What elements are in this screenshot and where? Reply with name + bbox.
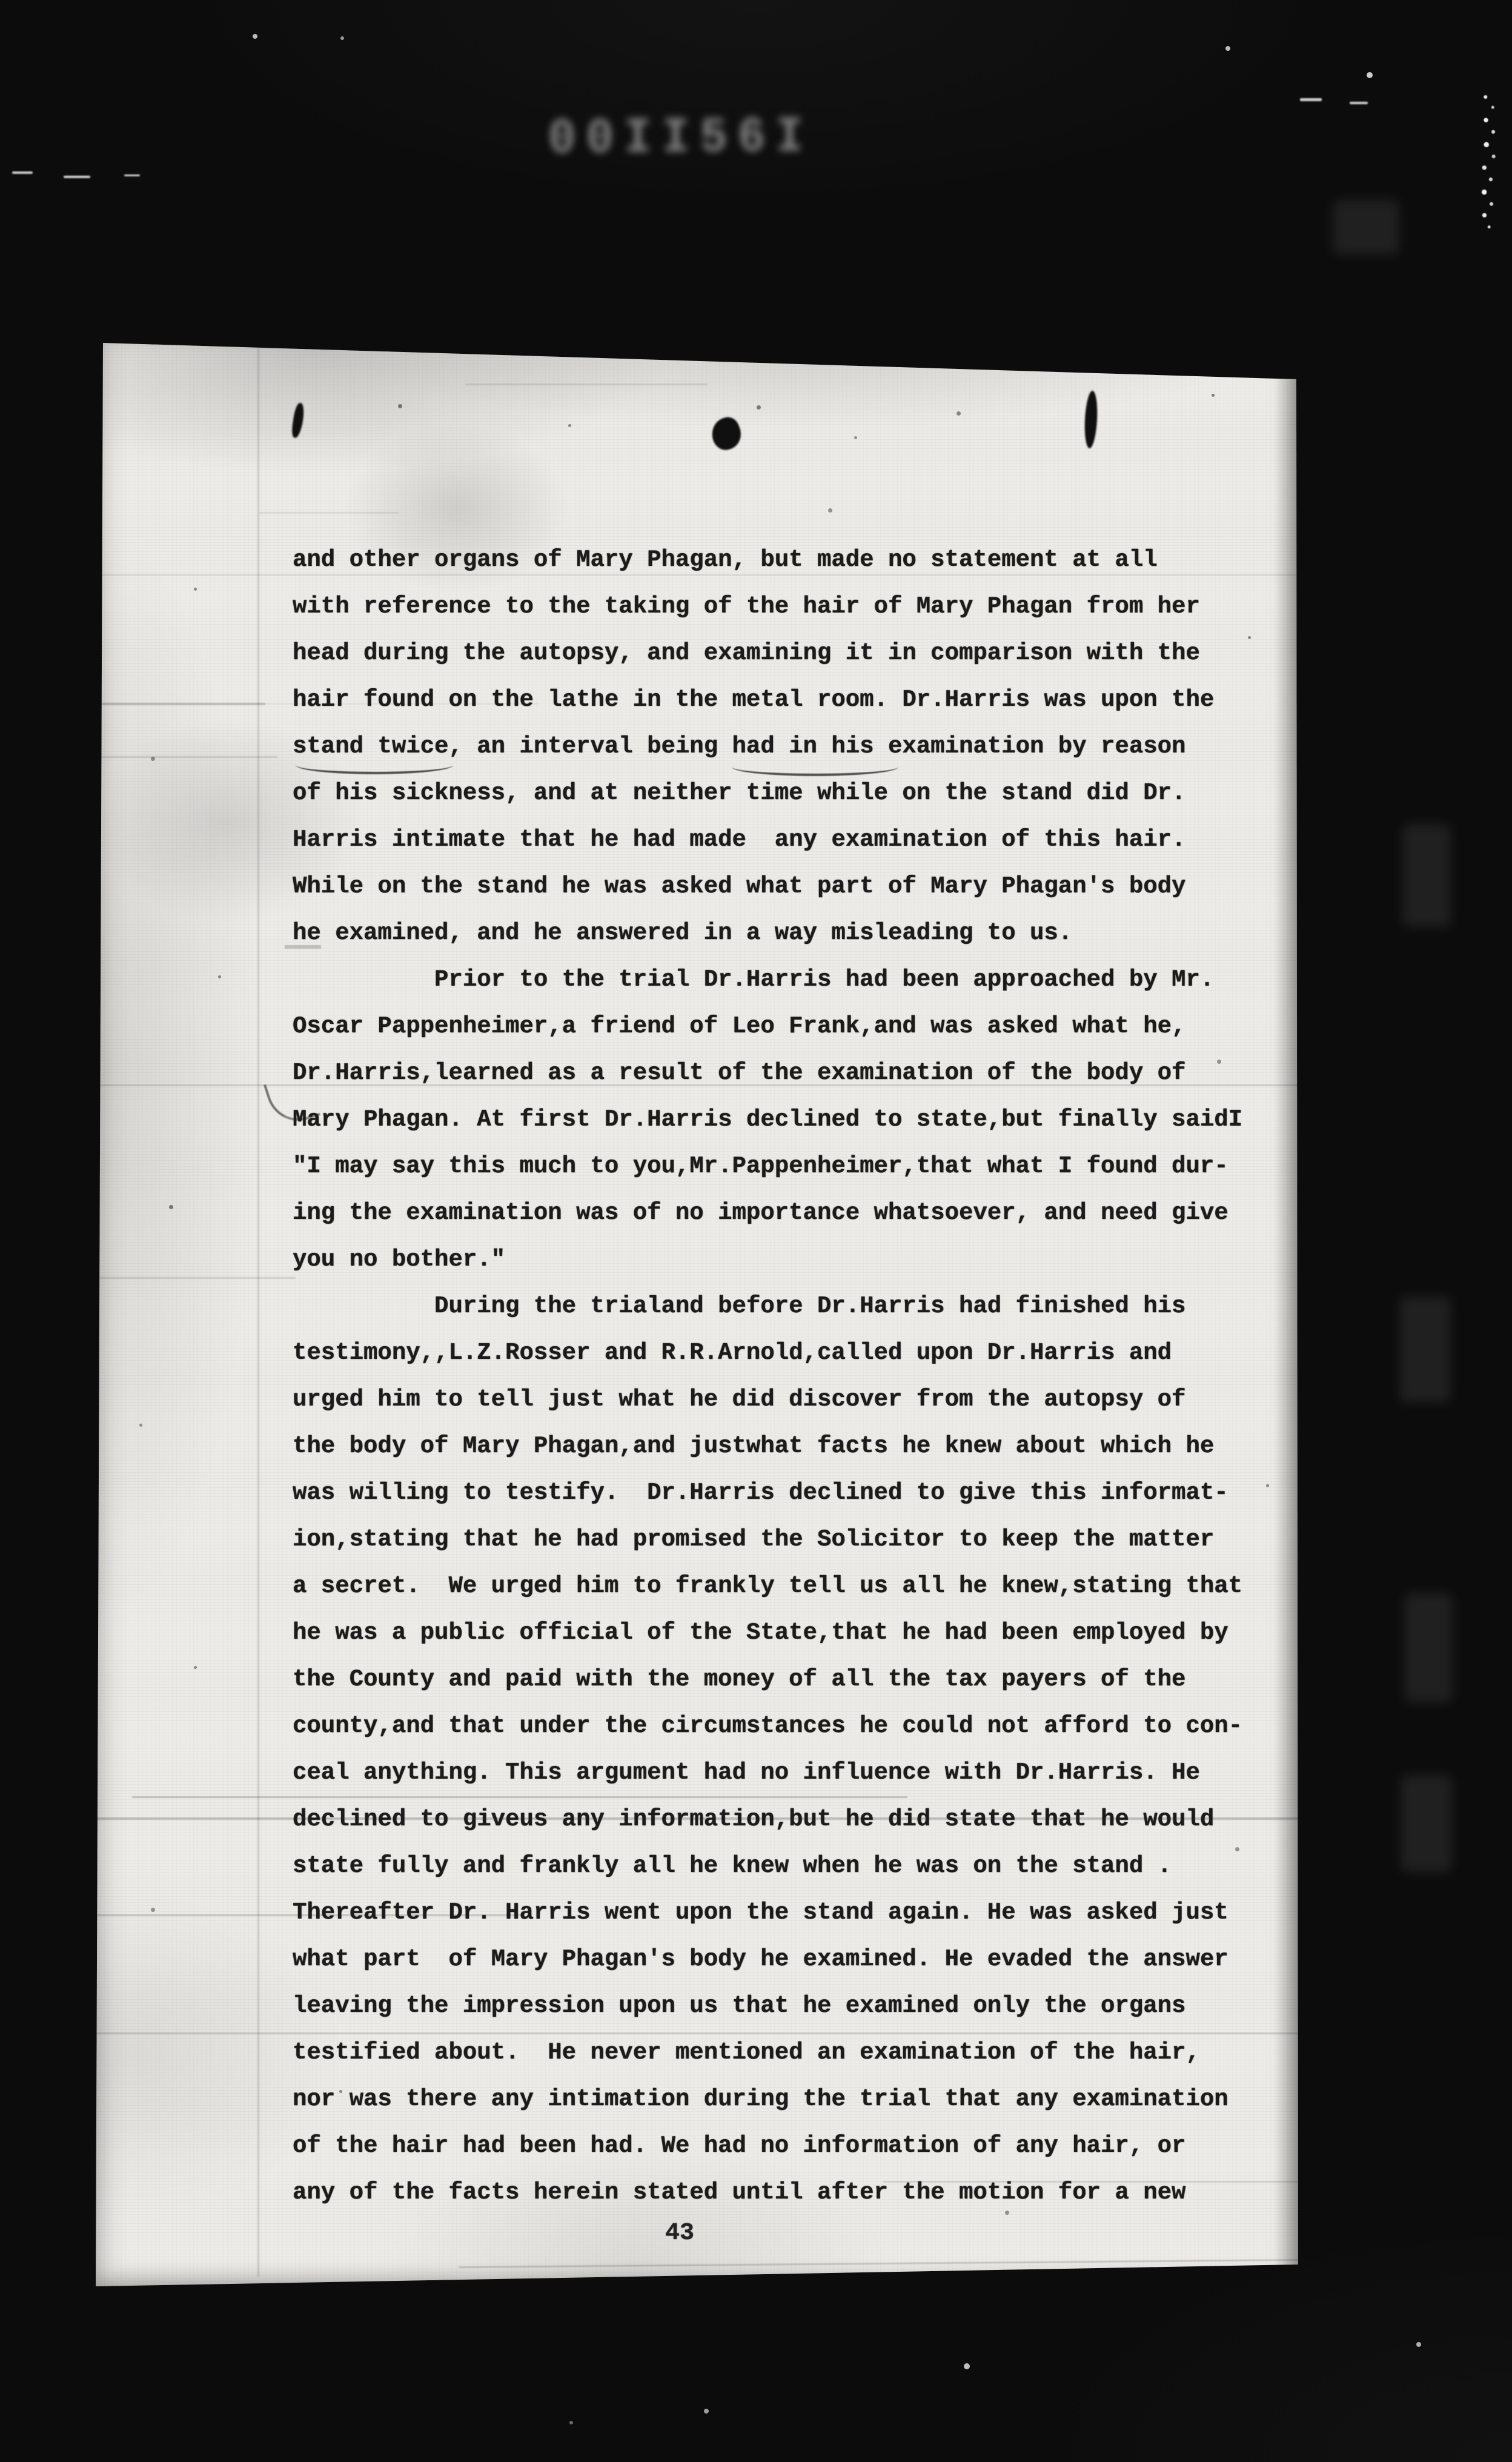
film-dust-specks	[0, 0, 4, 4]
film-frame-stamp: 00II56I	[548, 108, 864, 190]
film-edge-scratch-strip	[1473, 88, 1504, 233]
paper-specks	[96, 332, 99, 335]
film-scratch-dash	[12, 171, 33, 174]
document-page: and other organs of Mary Phagan, but mad…	[96, 332, 1298, 2288]
bleedthrough-smudge	[1402, 824, 1451, 927]
scratch-line	[259, 512, 399, 514]
page-number: 43	[665, 2210, 694, 2257]
paper-fold-line	[257, 338, 259, 2277]
bleedthrough-smudge	[1333, 200, 1399, 254]
scratch-line	[96, 1277, 296, 1279]
bleedthrough-smudge	[1399, 1296, 1451, 1402]
bleedthrough-smudge	[1404, 1593, 1453, 1702]
film-scratch-dash	[1300, 98, 1322, 101]
film-scratch-dash	[1350, 102, 1368, 104]
scratch-line	[96, 703, 265, 705]
scratch-line	[96, 756, 277, 758]
typed-text-body: and other organs of Mary Phagan, but mad…	[293, 537, 1242, 2216]
paper-edge-shadow	[1274, 368, 1298, 2271]
microfilm-background: 00II56I	[0, 0, 1512, 2462]
film-scratch-dash	[124, 174, 140, 176]
scratch-line	[465, 383, 708, 385]
film-scratch-dash	[64, 176, 90, 178]
bleedthrough-smudge	[1401, 1775, 1452, 1872]
